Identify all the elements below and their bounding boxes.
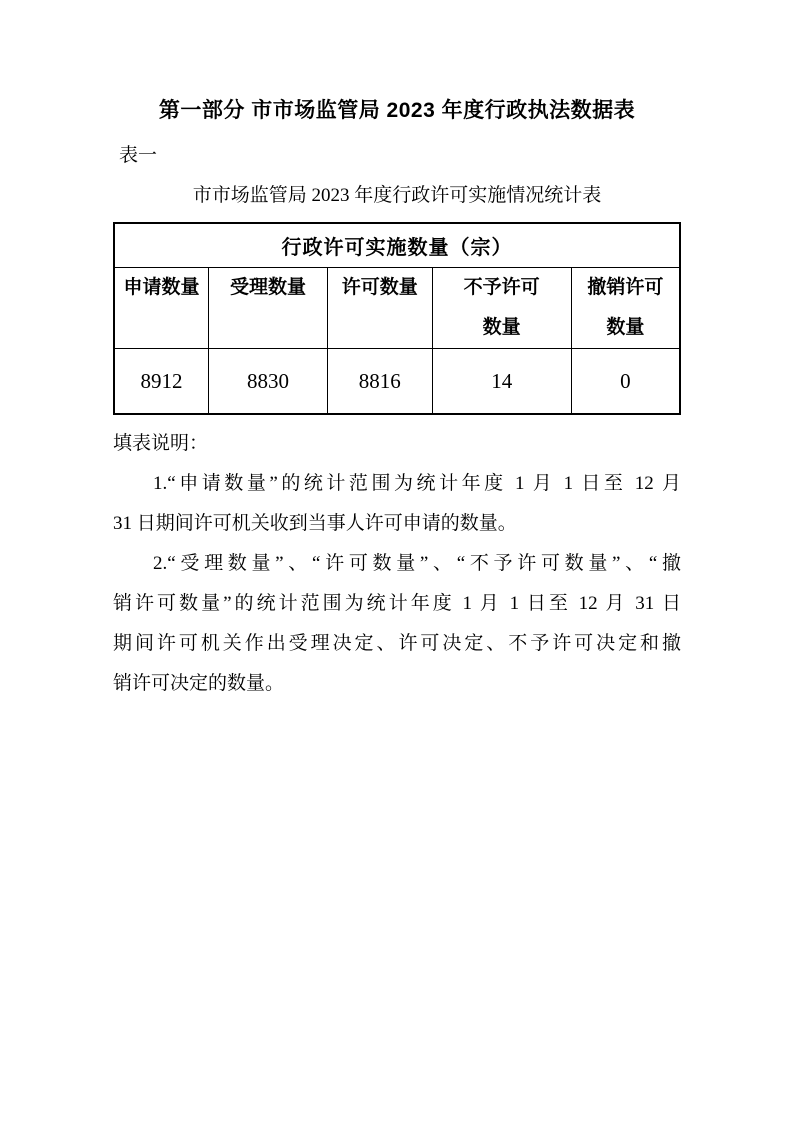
table-caption: 市市场监管局 2023 年度行政许可实施情况统计表 <box>113 183 681 209</box>
column-header-label: 撤销许可数量 <box>585 268 667 348</box>
table-label: 表一 <box>113 143 681 169</box>
value-denied: 14 <box>432 349 571 415</box>
value-applications: 8912 <box>114 349 209 415</box>
note-2-line-1: 2.“受理数量”、“许可数量”、“不予许可数量”、“撤 <box>113 544 681 584</box>
notes-heading: 填表说明： <box>113 424 681 464</box>
value-revoked: 0 <box>571 349 680 415</box>
permit-statistics-table: 行政许可实施数量（宗） 申请数量 受理数量 许可数量 不予许可数量 撤销许可数量… <box>113 222 681 415</box>
column-header-revoked: 撤销许可数量 <box>571 268 680 349</box>
note-2-line-2: 销许可数量”的统计范围为统计年度 1 月 1 日至 12 月 31 日 <box>113 584 681 624</box>
value-accepted: 8830 <box>209 349 328 415</box>
table-value-row: 8912 8830 8816 14 0 <box>114 349 680 415</box>
note-1-line-2: 31 日期间许可机关收到当事人许可申请的数量。 <box>113 504 681 544</box>
column-header-label: 申请数量 <box>124 268 200 308</box>
table-header-row: 行政许可实施数量（宗） <box>114 223 680 268</box>
column-header-applications: 申请数量 <box>114 268 209 349</box>
column-header-label: 不予许可数量 <box>461 268 543 348</box>
column-header-label: 受理数量 <box>230 268 306 308</box>
section-title: 第一部分 市市场监管局 2023 年度行政执法数据表 <box>113 96 681 126</box>
table-merged-header: 行政许可实施数量（宗） <box>114 223 680 268</box>
document-page: 第一部分 市市场监管局 2023 年度行政执法数据表 表一 市市场监管局 202… <box>0 0 793 1122</box>
column-header-label: 许可数量 <box>342 268 418 308</box>
note-1-line-1: 1.“申请数量”的统计范围为统计年度 1 月 1 日至 12 月 <box>113 464 681 504</box>
table-column-header-row: 申请数量 受理数量 许可数量 不予许可数量 撤销许可数量 <box>114 268 680 349</box>
column-header-denied: 不予许可数量 <box>432 268 571 349</box>
notes-section: 填表说明： 1.“申请数量”的统计范围为统计年度 1 月 1 日至 12 月 3… <box>113 424 681 704</box>
column-header-permitted: 许可数量 <box>327 268 432 349</box>
note-2-line-3: 期间许可机关作出受理决定、许可决定、不予许可决定和撤 <box>113 624 681 664</box>
column-header-accepted: 受理数量 <box>209 268 328 349</box>
value-permitted: 8816 <box>327 349 432 415</box>
note-2-line-4: 销许可决定的数量。 <box>113 664 681 704</box>
